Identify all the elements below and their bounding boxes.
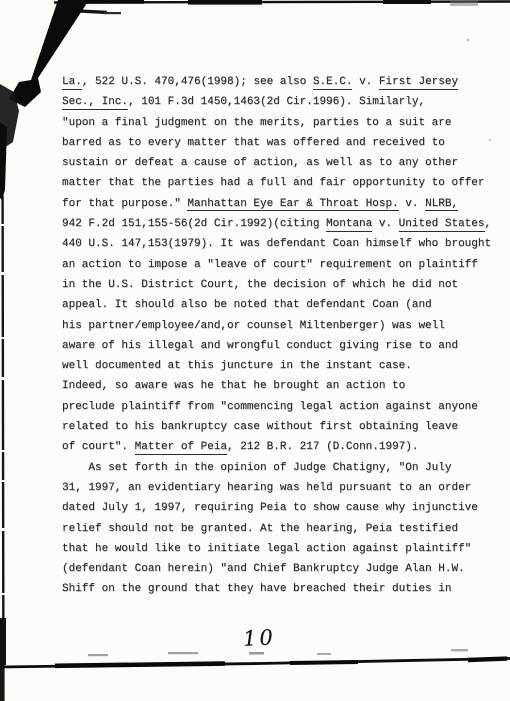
text-line: sustain or defeat a cause of action, as …: [62, 153, 491, 173]
text-line: appeal. It should also be noted that def…: [62, 295, 491, 315]
text-line: for that purpose." Manhattan Eye Ear & T…: [62, 194, 491, 214]
case-citation: La.: [62, 76, 82, 90]
scan-artifact-tick-4: [317, 653, 331, 655]
scan-artifact-tick-2: [168, 652, 198, 654]
text-line: that he would like to initiate legal act…: [62, 539, 491, 559]
case-citation: NLRB,: [425, 198, 458, 212]
text-line: Sec., Inc., 101 F.3d 1450,1463(2d Cir.19…: [62, 92, 491, 112]
case-citation: S.E.C.: [313, 76, 353, 90]
scan-artifact-top-thick-3: [383, 0, 431, 4]
scan-artifact-speck-1: [467, 39, 470, 42]
scan-artifact-top-fuzz: [450, 0, 478, 6]
text-line: dated July 1, 1997, requiring Peia to sh…: [62, 498, 491, 518]
scan-artifact-bottom-thick-3: [468, 659, 507, 660]
scan-artifact-left-below-line: [0, 665, 5, 701]
scan-artifact-tick-5: [451, 649, 468, 651]
text-line: 942 F.2d 151,155-56(2d Cir.1992)(citing …: [62, 214, 491, 234]
scan-artifact-left-blob: [0, 84, 19, 148]
text-line: matter that the parties had a full and f…: [62, 173, 491, 193]
text-line: 440 U.S. 147,153(1979). It was defendant…: [62, 234, 491, 254]
text-line: his partner/employee/and,or counsel Milt…: [62, 316, 491, 336]
text-line: As set forth in the opinion of Judge Cha…: [62, 458, 491, 478]
text-line: well documented at this juncture in the …: [62, 356, 491, 376]
scan-artifact-bottom-edge: [0, 659, 510, 668]
case-citation: Montana: [326, 218, 372, 232]
page-number: 10: [242, 625, 276, 651]
scan-artifact-bottom-thick-2: [290, 662, 358, 663]
case-citation: Matter of Peia: [135, 441, 227, 455]
scan-artifact-left-bottom-blob: [0, 618, 6, 665]
text-line: in the U.S. District Court, the decision…: [62, 275, 491, 295]
scan-artifact-bottom-thick-1: [55, 664, 225, 666]
scan-artifact-tick-1: [88, 654, 108, 656]
scan-artifact-top-edge: [54, 2, 510, 3]
text-line: "upon a final judgment on the merits, pa…: [62, 113, 491, 133]
text-line: preclude plaintiff from "commencing lega…: [62, 397, 491, 417]
text-line: Shiff on the ground that they have breac…: [62, 579, 491, 599]
scan-artifact-dash-2: [104, 12, 121, 14]
text-line: relief should not be granted. At the hea…: [62, 519, 491, 539]
text-line: barred as to every matter that was offer…: [62, 133, 491, 153]
text-line: an action to impose a "leave of court" r…: [62, 255, 491, 275]
text-line: (defendant Coan herein) "and Chief Bankr…: [62, 559, 491, 579]
text-line: aware of his illegal and wrongful conduc…: [62, 336, 491, 356]
text-line: of court". Matter of Peia, 212 B.R. 217 …: [62, 437, 491, 457]
scan-artifact-top-thick-1: [86, 0, 144, 4]
text-line: related to his bankruptcy case without f…: [62, 417, 491, 437]
text-line: La., 522 U.S. 470,476(1998); see also S.…: [62, 72, 491, 92]
scan-artifact-top-thick-2: [188, 0, 262, 5]
text-line: Indeed, so aware was he that he brought …: [62, 376, 491, 396]
case-citation: Sec., Inc.: [62, 96, 128, 110]
case-citation: United States: [399, 218, 485, 232]
document-page: La., 522 U.S. 470,476(1998); see also S.…: [0, 0, 510, 701]
scan-artifact-tick-3: [249, 652, 264, 655]
text-line: 31, 1997, an evidentiary hearing was hel…: [62, 478, 491, 498]
case-citation: Manhattan Eye Ear & Throat Hosp.: [187, 198, 398, 212]
case-citation: First Jersey: [379, 76, 458, 90]
scan-artifact-dash: [73, 9, 107, 14]
scan-artifact-left-line: [3, 196, 4, 664]
scan-artifact-left-thick: [0, 122, 7, 200]
document-text: La., 522 U.S. 470,476(1998); see also S.…: [62, 72, 491, 600]
